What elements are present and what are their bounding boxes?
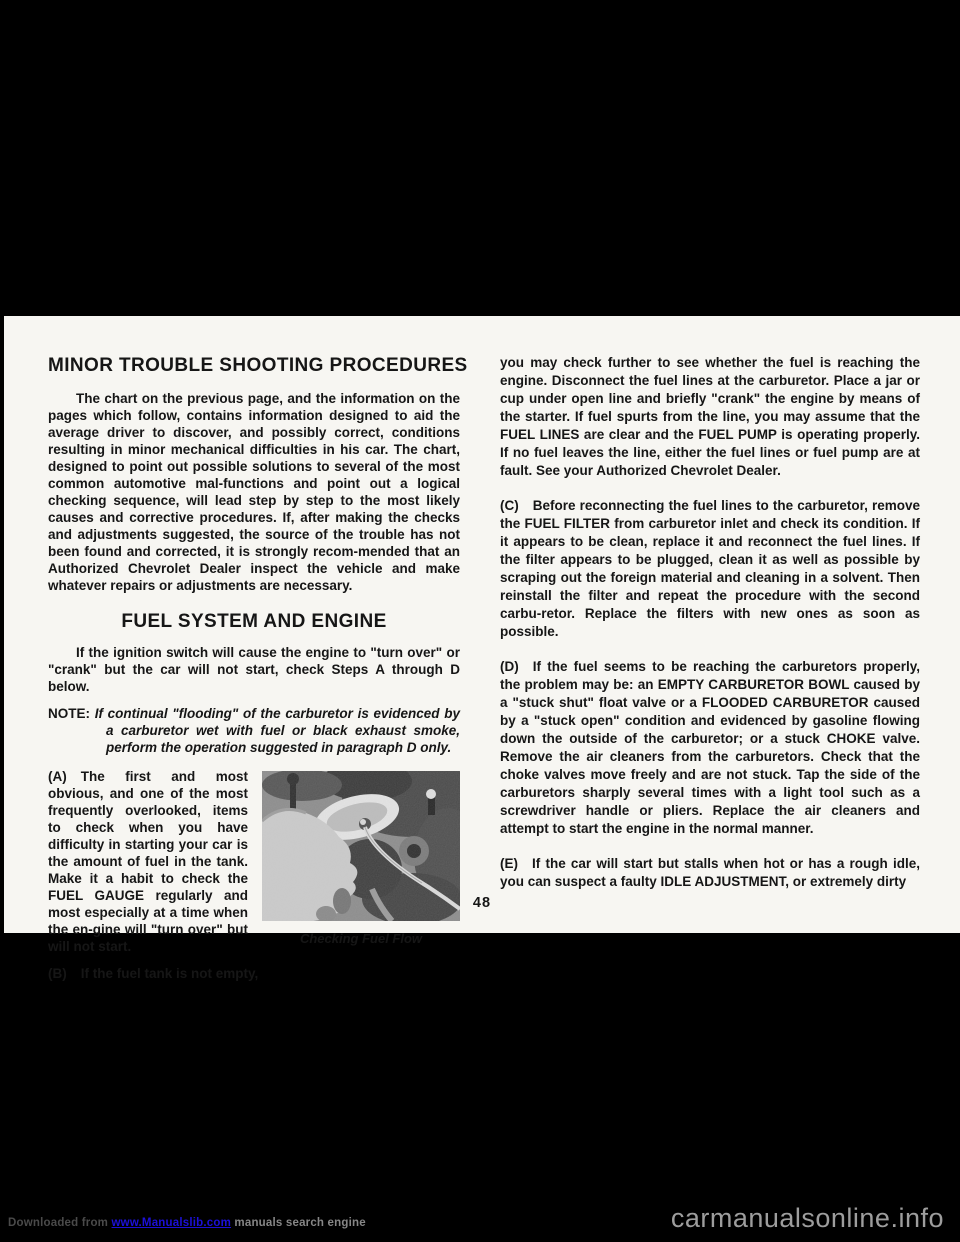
item-b-text: If the fuel tank is not empty, <box>81 966 259 981</box>
manual-page: MINOR TROUBLE SHOOTING PROCEDURES The ch… <box>4 316 960 933</box>
item-a-text: The first and most obvious, and one of t… <box>48 769 248 954</box>
manualslib-watermark: Downloaded from www.Manualslib.com manua… <box>8 1217 366 1229</box>
manualslib-link[interactable]: www.Manualslib.com <box>112 1217 231 1229</box>
note-paragraph: NOTE: If continual "flooding" of the car… <box>48 705 460 756</box>
note-body: If continual "flooding" of the carbureto… <box>95 706 460 755</box>
item-a-label: (A) <box>48 769 81 784</box>
watermark-prefix: Downloaded from <box>8 1217 108 1229</box>
item-e: (E)If the car will start but stalls when… <box>500 855 920 891</box>
fuel-section-heading: FUEL SYSTEM AND ENGINE <box>48 610 460 634</box>
item-d: (D)If the fuel seems to be reaching the … <box>500 658 920 838</box>
page-title: MINOR TROUBLE SHOOTING PROCEDURES <box>48 354 460 378</box>
fuel-section-intro: If the ignition switch will cause the en… <box>48 644 460 695</box>
carmanualsonline-watermark: carmanualsonline.info <box>671 1203 944 1234</box>
item-e-text: If the car will start but stalls when ho… <box>500 856 920 889</box>
page-number: 48 <box>4 895 960 911</box>
item-d-label: (D) <box>500 659 533 674</box>
continuation-paragraph: you may check further to see whether the… <box>500 354 920 480</box>
photo-caption: Checking Fuel Flow <box>262 930 460 947</box>
item-c: (C)Before reconnecting the fuel lines to… <box>500 497 920 641</box>
item-c-text: Before reconnecting the fuel lines to th… <box>500 498 920 639</box>
item-c-label: (C) <box>500 498 533 513</box>
fuel-flow-figure: Checking Fuel Flow <box>262 771 460 947</box>
item-e-label: (E) <box>500 856 532 871</box>
watermark-suffix: manuals search engine <box>234 1217 365 1229</box>
item-b: (B)If the fuel tank is not empty, <box>48 965 460 982</box>
item-b-label: (B) <box>48 966 81 981</box>
page-content: MINOR TROUBLE SHOOTING PROCEDURES The ch… <box>4 316 960 992</box>
note-label: NOTE: <box>48 706 90 721</box>
intro-paragraph: The chart on the previous page, and the … <box>48 390 460 594</box>
item-d-text: If the fuel seems to be reaching the car… <box>500 659 920 836</box>
